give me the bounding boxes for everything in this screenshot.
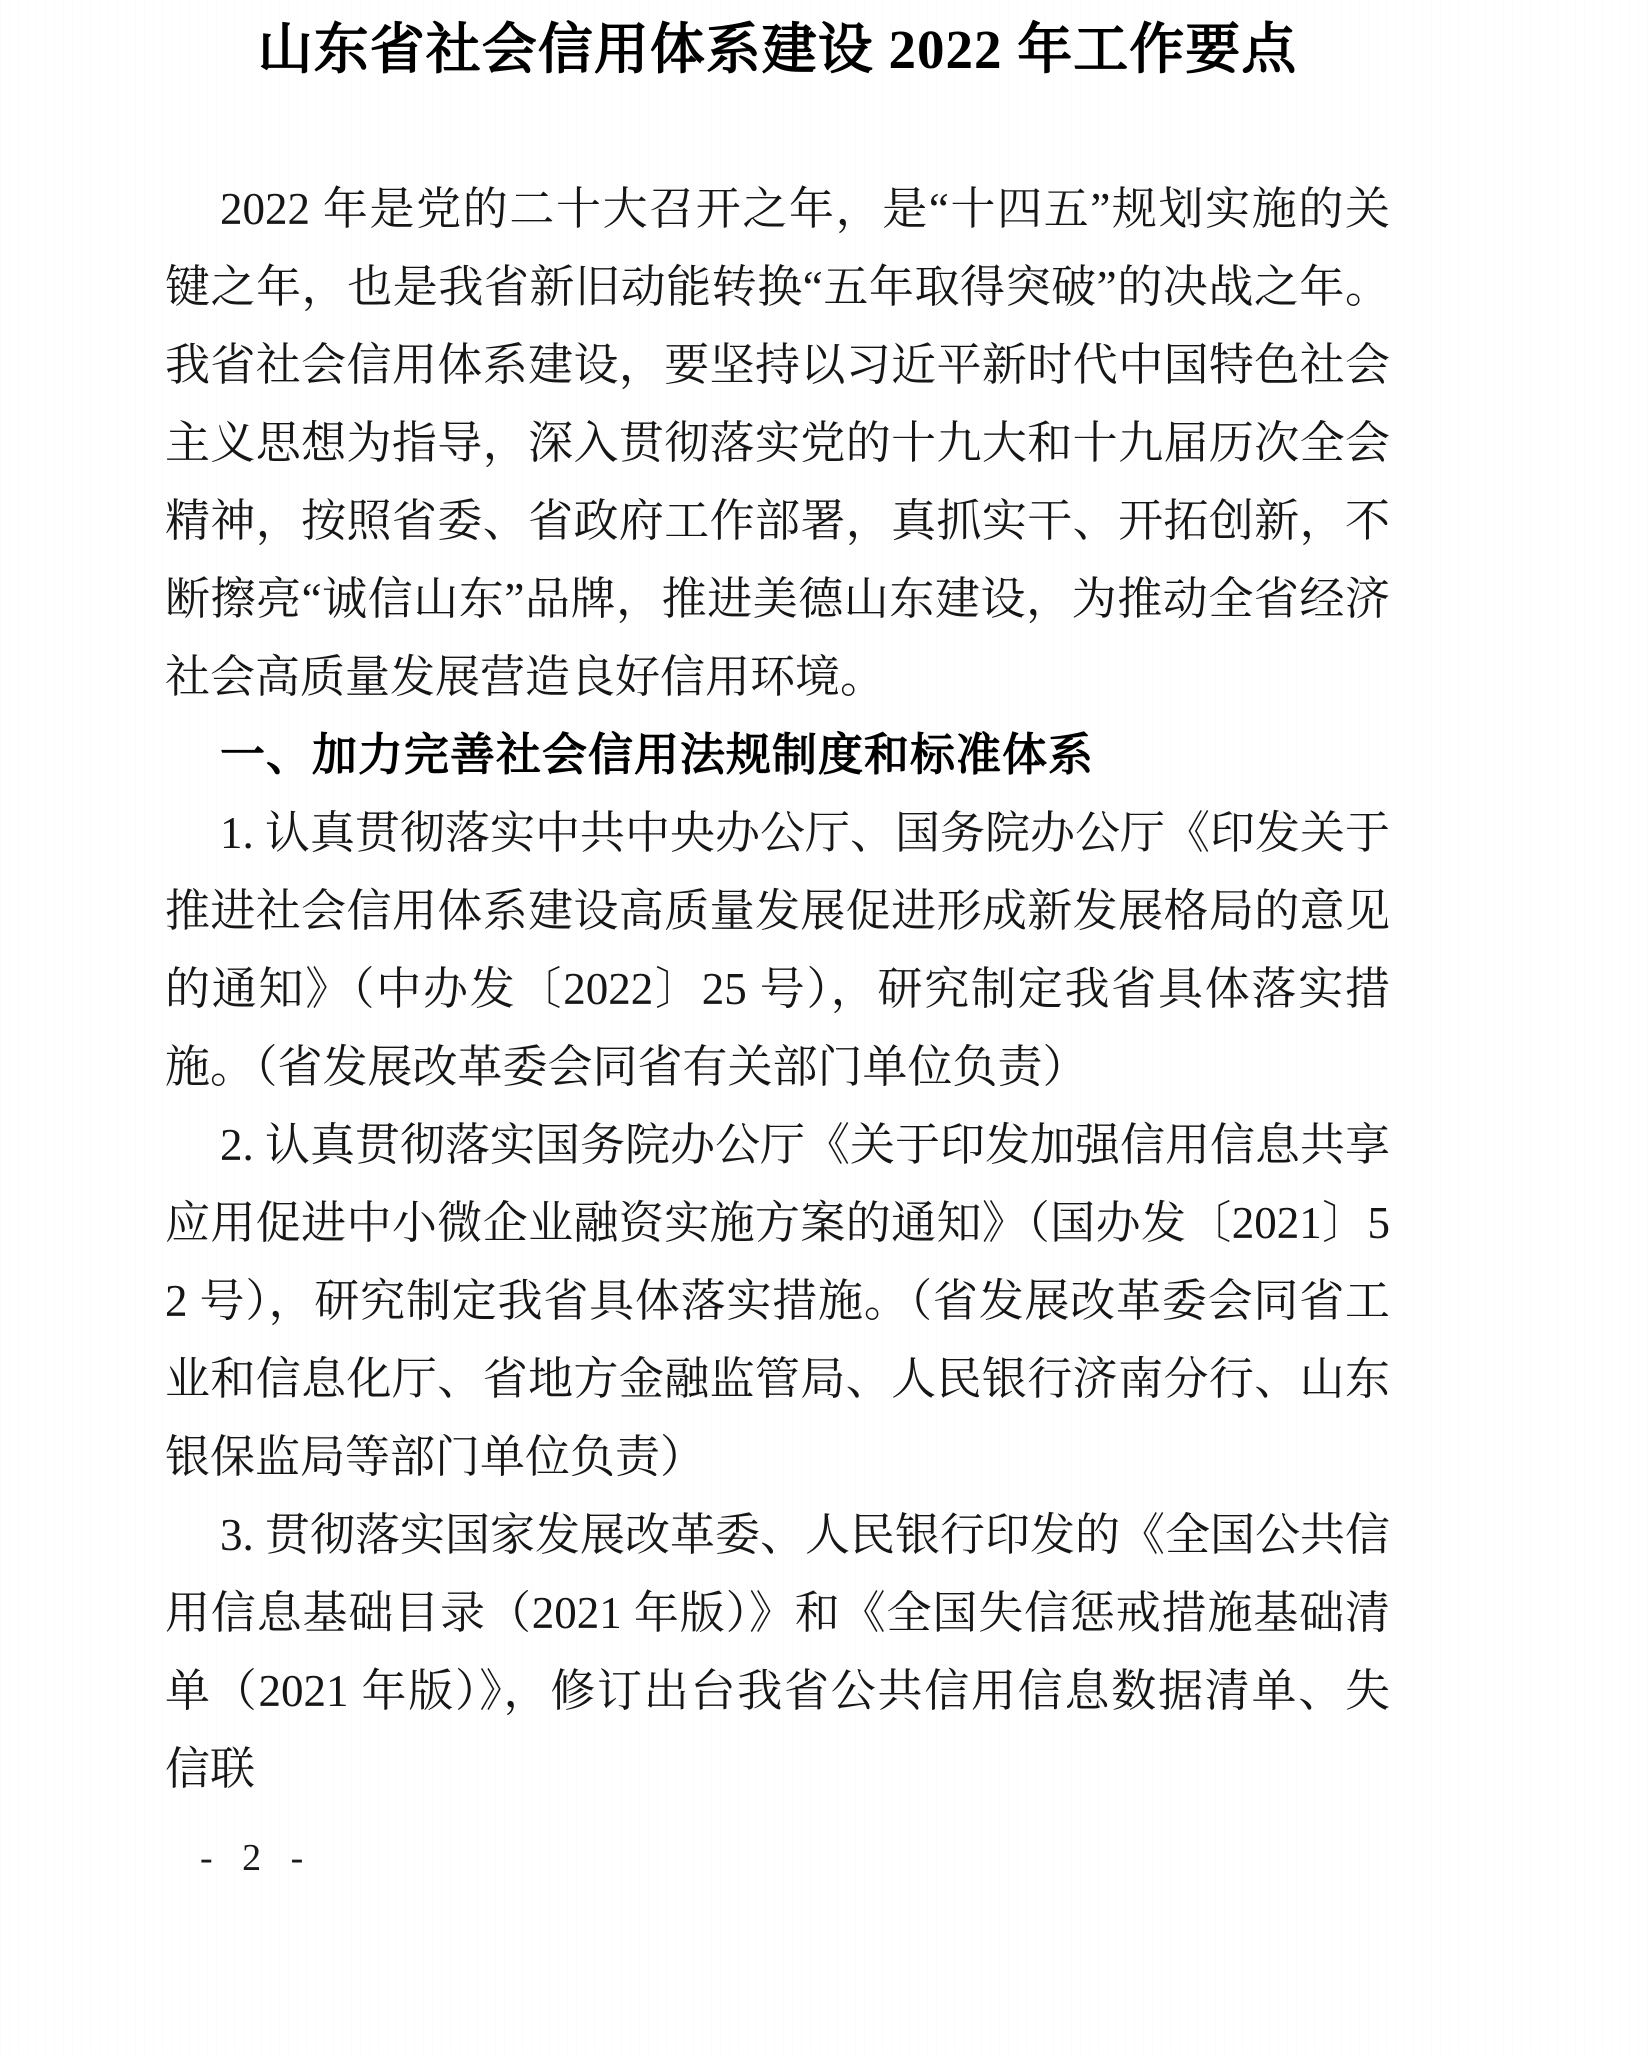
document-page: 山东省社会信用体系建设 2022 年工作要点 2022 年是党的二十大召开之年，… xyxy=(0,0,1651,2054)
item-3-paragraph: 3. 贯彻落实国家发展改革委、人民银行印发的《全国公共信用信息基础目录（2021… xyxy=(165,1496,1390,1808)
document-body: 2022 年是党的二十大召开之年，是“十四五”规划实施的关键之年，也是我省新旧动… xyxy=(165,170,1390,1808)
page-number: - 2 - xyxy=(200,1836,313,1880)
section-1-heading: 一、加力完善社会信用法规制度和标准体系 xyxy=(165,716,1390,794)
item-2-paragraph: 2. 认真贯彻落实国务院办公厅《关于印发加强信用信息共享应用促进中小微企业融资实… xyxy=(165,1106,1390,1496)
item-1-paragraph: 1. 认真贯彻落实中共中央办公厅、国务院办公厅《印发关于推进社会信用体系建设高质… xyxy=(165,794,1390,1106)
document-title: 山东省社会信用体系建设 2022 年工作要点 xyxy=(165,10,1390,90)
intro-paragraph: 2022 年是党的二十大召开之年，是“十四五”规划实施的关键之年，也是我省新旧动… xyxy=(165,170,1390,716)
